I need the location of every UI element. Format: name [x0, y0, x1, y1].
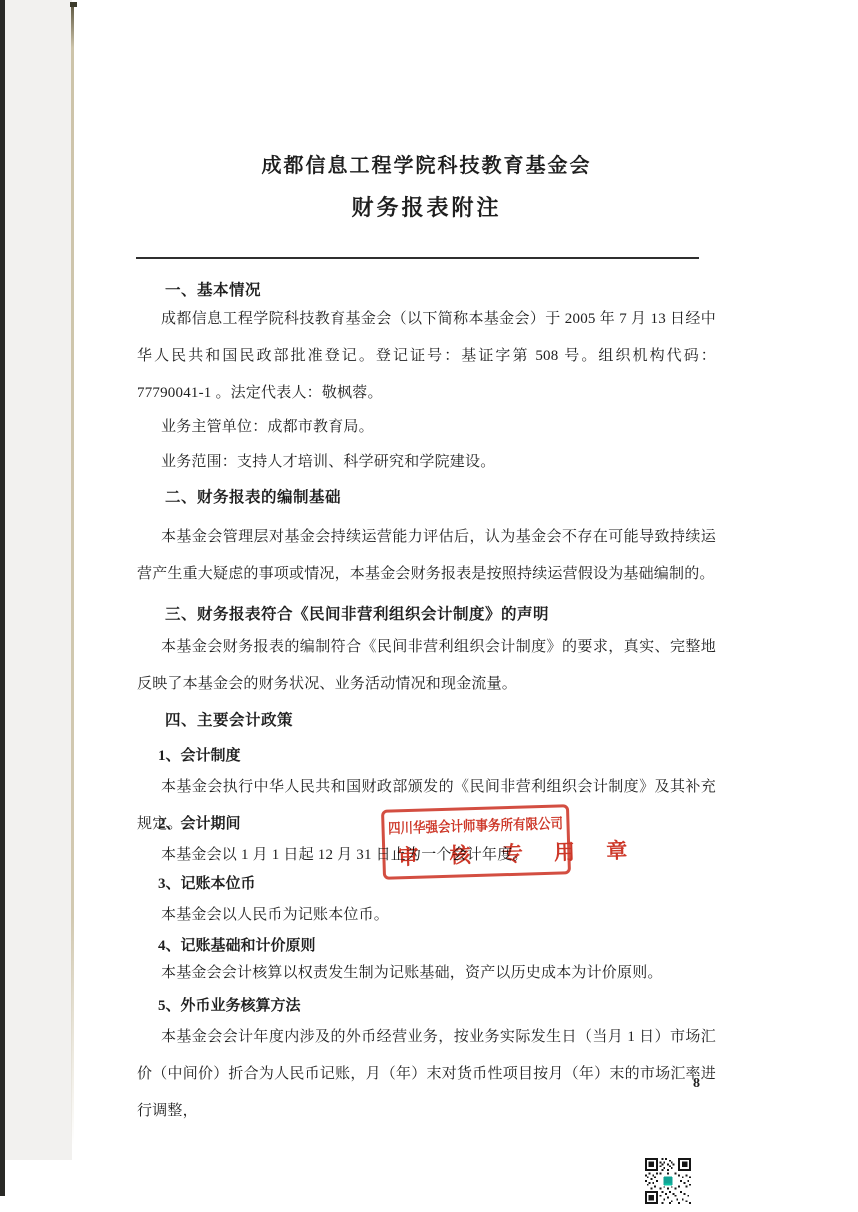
section-heading-2: 二、财务报表的编制基础	[165, 488, 341, 508]
subsection-heading-3: 3、记账本位币	[158, 874, 256, 894]
paragraph: 业务主管单位：成都市教育局。	[137, 409, 716, 446]
paragraph: 业务范围：支持人才培训、科学研究和学院建设。	[137, 444, 716, 481]
page-subtitle: 财务报表附注	[137, 191, 716, 222]
section-heading-4: 四、主要会计政策	[165, 711, 293, 731]
subsection-heading-4: 4、记账基础和计价原则	[158, 936, 316, 956]
audit-stamp: 四川华强会计师事务所有限公司 审 核 专 用 章	[381, 804, 571, 880]
paper-edge-line	[71, 2, 74, 1146]
paragraph: 本基金会以人民币为记账本位币。	[137, 897, 716, 934]
section-heading-3: 三、财务报表符合《民间非营利组织会计制度》的声明	[165, 605, 549, 625]
qr-code-icon	[645, 1157, 691, 1205]
section-heading-1: 一、基本情况	[165, 281, 261, 301]
subsection-heading-1: 1、会计制度	[158, 746, 241, 766]
document-body: 成都信息工程学院科技教育基金会 财务报表附注 一、基本情况 成都信息工程学院科技…	[137, 0, 716, 1212]
paragraph: 本基金会会计核算以权责发生制为记账基础，资产以历史成本为计价原则。	[137, 955, 716, 992]
paper-corner-mark	[70, 2, 77, 7]
paragraph: 本基金会会计年度内涉及的外币经营业务，按业务实际发生日（当月 1 日）市场汇价（…	[137, 1019, 716, 1130]
stamp-seal-text: 审 核 专 用 章	[385, 836, 568, 871]
scanned-document-page: 成都信息工程学院科技教育基金会 财务报表附注 一、基本情况 成都信息工程学院科技…	[0, 0, 858, 1212]
paragraph: 成都信息工程学院科技教育基金会（以下简称本基金会）于 2005 年 7 月 13…	[137, 301, 716, 412]
paragraph: 本基金会管理层对基金会持续运营能力评估后，认为基金会不存在可能导致持续运营产生重…	[137, 519, 716, 593]
scanner-edge-strip	[0, 0, 5, 1196]
title-divider-rule	[136, 257, 699, 259]
scanner-background	[0, 0, 72, 1160]
paragraph: 本基金会财务报表的编制符合《民间非营利组织会计制度》的要求，真实、完整地反映了本…	[137, 629, 716, 703]
subsection-heading-2: 2、会计期间	[158, 814, 241, 834]
subsection-heading-5: 5、外币业务核算方法	[158, 996, 301, 1016]
stamp-company-name: 四川华强会计师事务所有限公司	[384, 812, 567, 838]
page-number: 8	[693, 1076, 700, 1092]
qr-code	[645, 1157, 691, 1205]
page-title: 成都信息工程学院科技教育基金会	[137, 149, 716, 178]
